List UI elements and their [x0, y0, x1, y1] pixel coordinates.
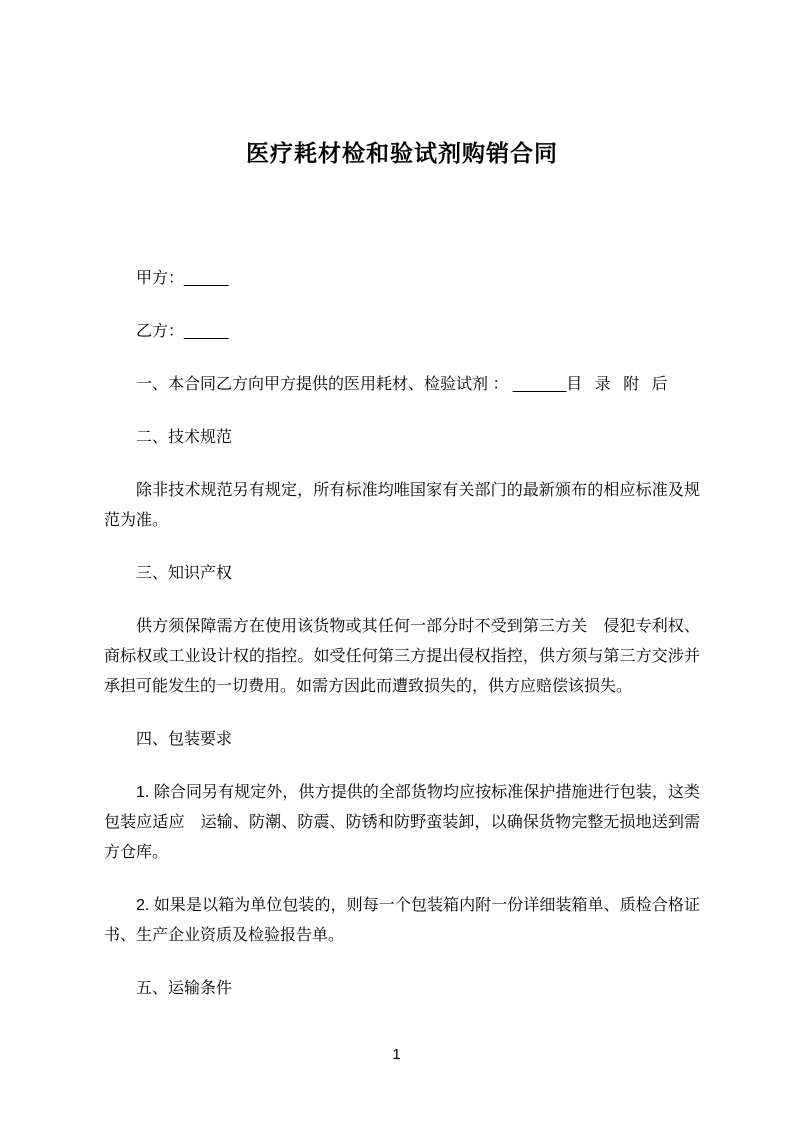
section-2-heading: 二、技术规范 — [104, 423, 700, 453]
section-3-heading: 三、知识产权 — [104, 559, 700, 589]
clause-1-suffix: 目 录 附 后 — [566, 376, 671, 393]
clause-1-goods-list: 一、本合同乙方向甲方提供的医用耗材、检验试剂 ： ______目 录 附 后 — [104, 370, 700, 400]
document-title: 医疗耗材检和验试剂购销合同 — [104, 140, 700, 166]
section-4-heading: 四、包装要求 — [104, 725, 700, 755]
party-b-blank-field: _____ — [184, 323, 229, 340]
party-a-line: 甲方：_____ — [104, 264, 700, 294]
document-content: 医疗耗材检和验试剂购销合同 甲方：_____ 乙方：_____ 一、本合同乙方向… — [0, 0, 793, 1004]
section-2-body: 除非技术规范另有规定，所有标准均唯国家有关部门的最新颁布的相应标准及规范为准。 — [104, 476, 700, 536]
party-b-line: 乙方：_____ — [104, 317, 700, 347]
page-number: 1 — [0, 1044, 793, 1066]
party-b-label: 乙方： — [136, 323, 184, 340]
clause-1-text: 一、本合同乙方向甲方提供的医用耗材、检验试剂 ： — [136, 376, 513, 393]
clause-1-blank-field: ______ — [513, 376, 566, 393]
party-a-label: 甲方： — [136, 270, 184, 287]
section-4-item-2: 2. 如果是以箱为单位包装的，则每一个包装箱内附一份详细装箱单、质检合格证书、生… — [104, 891, 700, 951]
section-5-heading: 五、运输条件 — [104, 974, 700, 1004]
section-4-item-1: 1. 除合同另有规定外，供方提供的全部货物均应按标准保护措施进行包装，这类包装应… — [104, 778, 700, 868]
contract-document-page: 医疗耗材检和验试剂购销合同 甲方：_____ 乙方：_____ 一、本合同乙方向… — [0, 0, 793, 1122]
party-a-blank-field: _____ — [184, 270, 229, 287]
section-3-body: 供方须保障需方在使用该货物或其任何一部分时不受到第三方关 侵犯专利权、商标权或工… — [104, 612, 700, 702]
